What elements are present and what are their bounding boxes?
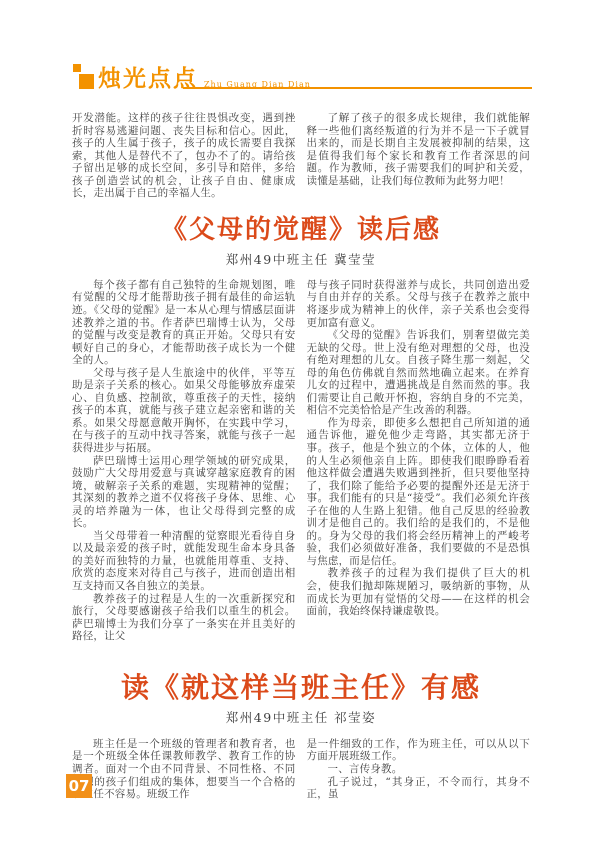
candle-pixels-icon	[72, 64, 94, 90]
paragraph: 是一件细致的工作，作为班主任，可以从以下方面开展班级工作。	[307, 738, 531, 763]
paragraph: 作为母亲，即使多么想把自己所知道的通通告诉他，避免他少走弯路，其实都无济于事。孩…	[307, 417, 531, 568]
intro-right-column: 了解了孩子的很多成长规律，我们就能解释一些他们离经叛道的行为并不是一下子就冒出来…	[307, 112, 531, 200]
paragraph: 孔子说过，“其身正，不令而行，其身不正，虽	[307, 776, 531, 801]
magazine-page: 烛光点点 Zhu Guang Dian Dian 开发潜能。这样的孩子往往畏惧改…	[0, 0, 600, 849]
article1-left-column: 每个孩子都有自己独特的生命规划图，唯有觉醒的父母才能帮助孩子拥有最佳的命运轨迹。…	[72, 279, 296, 643]
article1-right-column: 母与孩子同时获得滋养与成长，共同创造出爱与自由并存的关系。父母与孩子在教养之旅中…	[307, 279, 531, 643]
brand-row: 烛光点点 Zhu Guang Dian Dian	[72, 56, 530, 90]
paragraph: 父母与孩子是人生旅途中的伙伴，平等互助是亲子关系的核心。如果父母能够放弃虚荣心、…	[72, 367, 296, 455]
candle-flame-square-icon	[73, 64, 81, 72]
article2-body: 班主任是一个班级的管理者和教育者，也是一个班级全体任课教师教学、教育工作的协调者…	[72, 738, 530, 801]
intro-left-column: 开发潜能。这样的孩子往往畏惧改变，遇到挫折时容易逃避问题、丧失目标和信心。因此，…	[72, 112, 296, 200]
paragraph: 萨巴瑞博士运用心理学领域的研究成果，鼓励广大父母用爱意与真诚穿越家庭教育的困境，…	[72, 455, 296, 530]
article2-left-column: 班主任是一个班级的管理者和教育者，也是一个班级全体任课教师教学、教育工作的协调者…	[72, 738, 296, 801]
intro-section: 开发潜能。这样的孩子往往畏惧改变，遇到挫折时容易逃避问题、丧失目标和信心。因此，…	[72, 112, 530, 200]
article1-title: 《父母的觉醒》读后感	[72, 217, 530, 244]
page-header: 烛光点点 Zhu Guang Dian Dian	[72, 56, 530, 92]
paragraph: 了解了孩子的很多成长规律，我们就能解释一些他们离经叛道的行为并不是一下子就冒出来…	[307, 112, 531, 187]
candle-body-square-icon	[79, 74, 94, 89]
paragraph: 母与孩子同时获得滋养与成长，共同创造出爱与自由并存的关系。父母与孩子在教养之旅中…	[307, 279, 531, 329]
article2-right-column: 是一件细致的工作，作为班主任，可以从以下方面开展班级工作。一、言传身教。孔子说过…	[307, 738, 531, 801]
paragraph: 每个孩子都有自己独特的生命规划图，唯有觉醒的父母才能帮助孩子拥有最佳的命运轨迹。…	[72, 279, 296, 367]
article1-author: 郑州49中班主任 冀莹莹	[72, 253, 530, 267]
header-rule	[183, 87, 532, 89]
paragraph: 一、言传身教。	[307, 763, 531, 776]
article2-title: 读《就这样当班主任》有感	[72, 673, 530, 702]
article2-author: 郑州49中班主任 祁莹姿	[72, 711, 530, 725]
paragraph: 开发潜能。这样的孩子往往畏惧改变，遇到挫折时容易逃避问题、丧失目标和信心。因此，…	[72, 112, 296, 200]
page-number-badge: 07	[66, 774, 92, 798]
paragraph: 《父母的觉醒》告诉我们，别奢望做完美无缺的父母。世上没有绝对理想的父母，也没有绝…	[307, 329, 531, 417]
page-content: 烛光点点 Zhu Guang Dian Dian 开发潜能。这样的孩子往往畏惧改…	[72, 56, 530, 801]
article1-body: 每个孩子都有自己独特的生命规划图，唯有觉醒的父母才能帮助孩子拥有最佳的命运轨迹。…	[72, 279, 530, 643]
paragraph: 当父母带着一种清醒的觉察眼光看待自身以及最亲爱的孩子时，就能发现生命本身具备的美…	[72, 530, 296, 593]
paragraph: 班主任是一个班级的管理者和教育者，也是一个班级全体任课教师教学、教育工作的协调者…	[72, 738, 296, 801]
paragraph: 教养孩子的过程是人生的一次重新探究和旅行，父母要感谢孩子给我们以重生的机会。萨巴…	[72, 593, 296, 643]
paragraph: 教养孩子的过程为我们提供了巨大的机会，使我们抛却陈规陋习，吸纳新的事物，从而成长…	[307, 567, 531, 617]
